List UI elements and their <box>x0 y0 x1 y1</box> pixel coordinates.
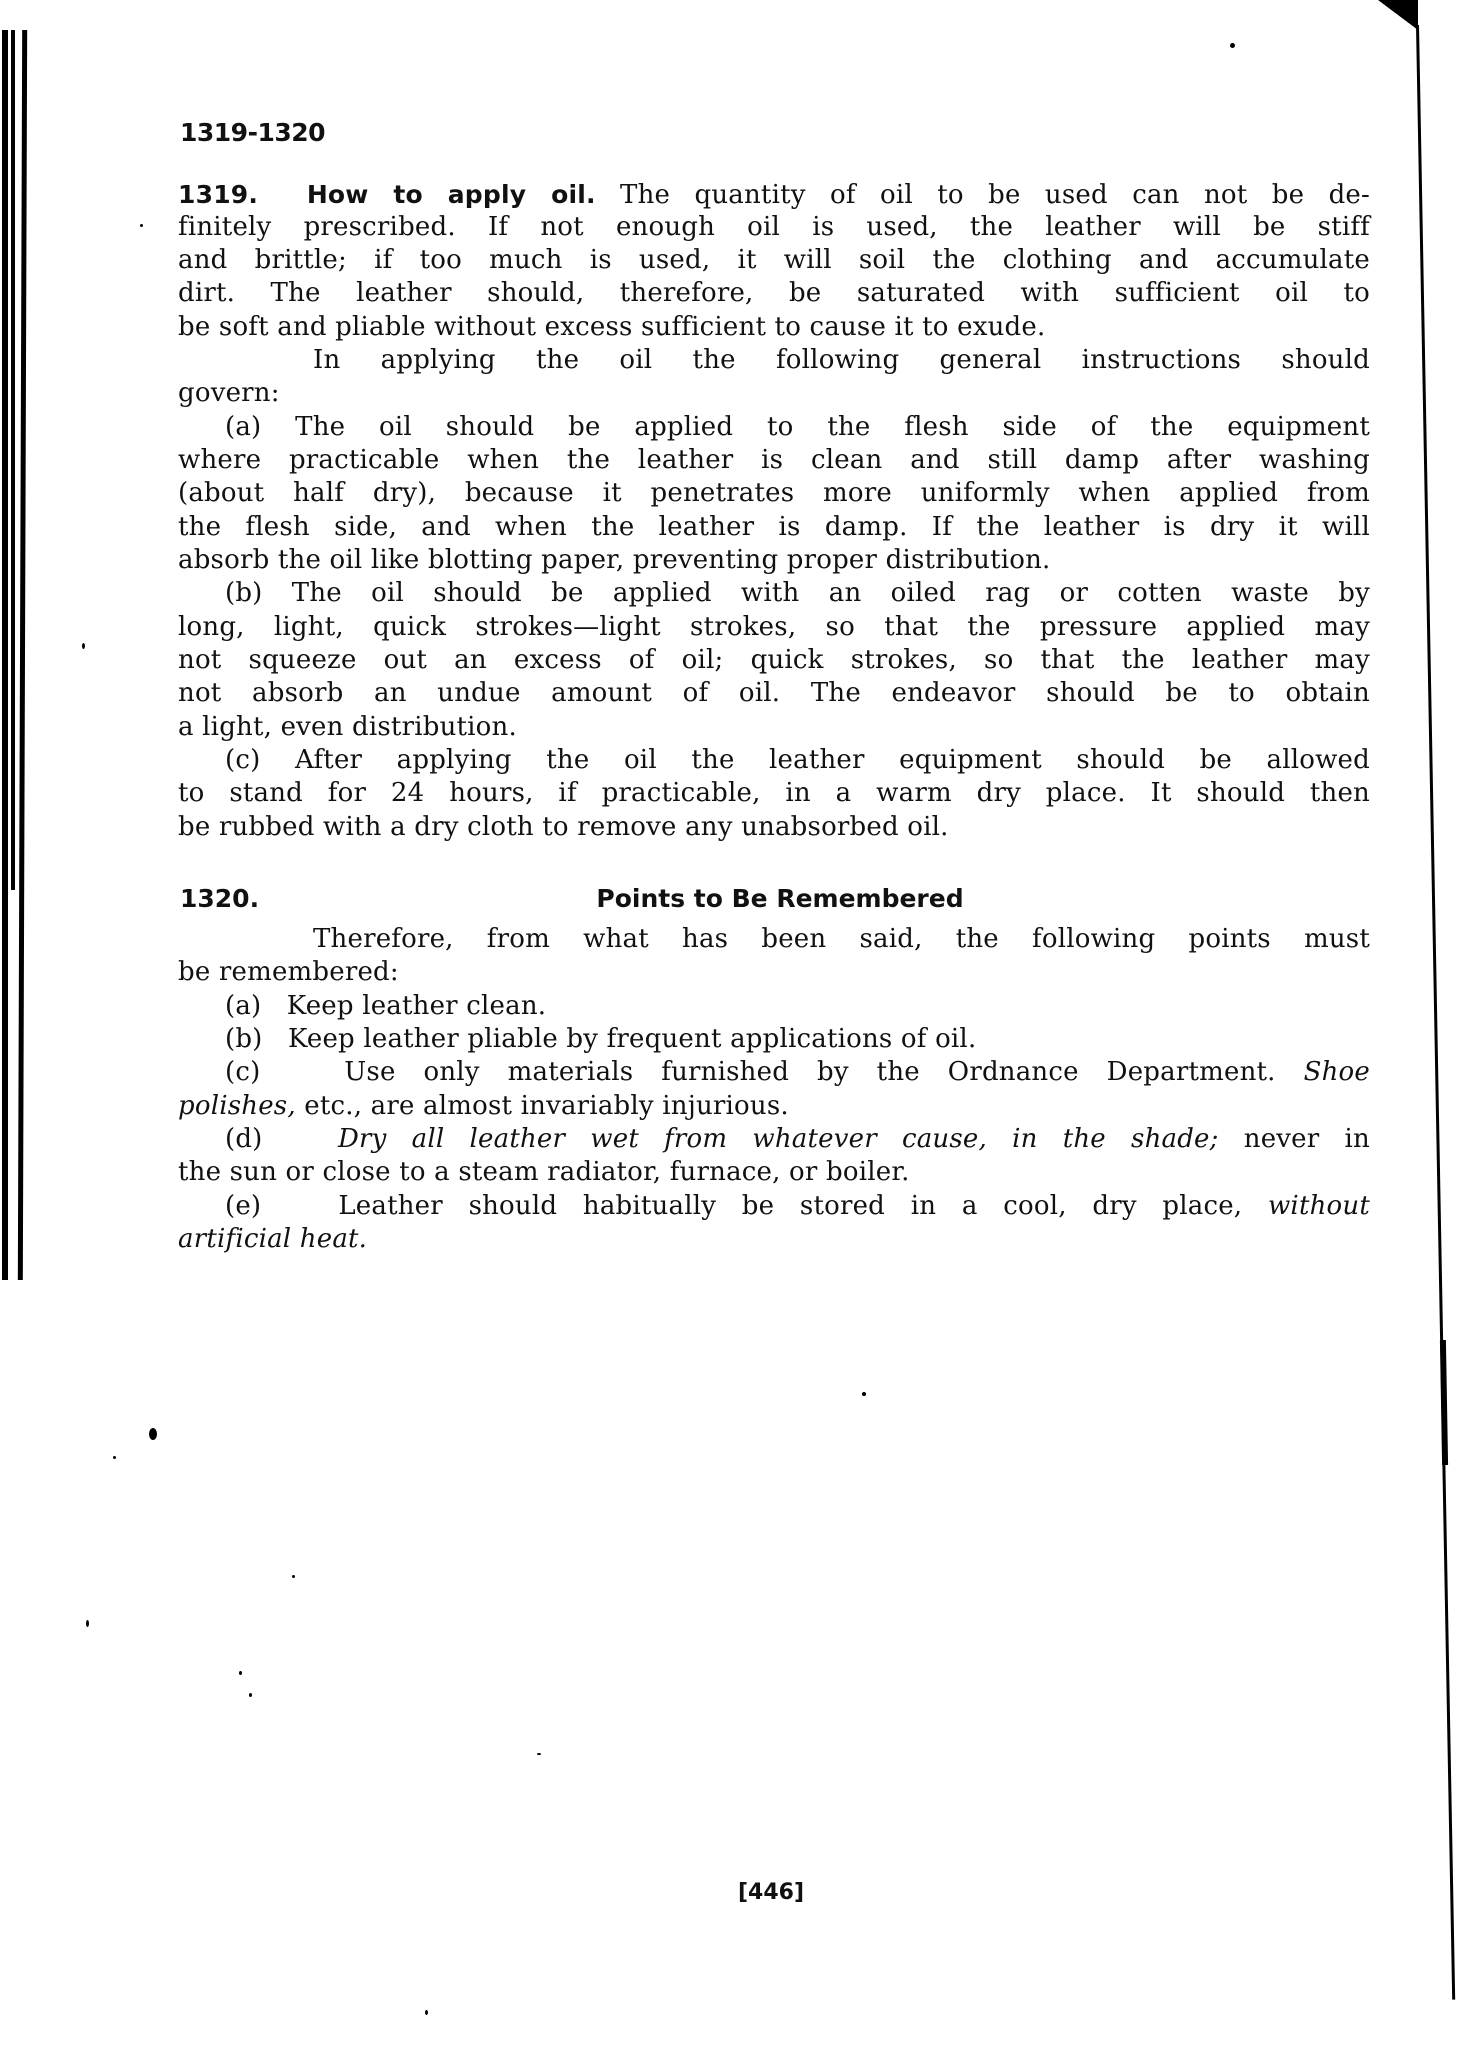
speck <box>249 1693 252 1697</box>
point-italic: polishes, <box>178 1091 296 1121</box>
body-line: long, light, quick strokes—light strokes… <box>178 611 1370 644</box>
section-1320-title: Points to Be Remembered <box>562 884 998 913</box>
body-line: be remembered: <box>178 956 1370 989</box>
page-right-edge-shadow <box>1440 1340 1448 1465</box>
point-text: etc., are almost invariably injurious. <box>296 1091 789 1121</box>
body-line: govern: <box>178 377 1370 410</box>
section-1320-number: 1320. <box>180 884 259 913</box>
point-d-cont: the sun or close to a steam radiator, fu… <box>178 1156 1370 1189</box>
body-line: Therefore, from what has been said, the … <box>178 923 1370 956</box>
body-line: In applying the oil the following genera… <box>178 344 1370 377</box>
body-line: and brittle; if too much is used, it wil… <box>178 244 1370 277</box>
point-text: Keep leather pliable by frequent applica… <box>288 1024 976 1054</box>
speck <box>82 643 85 649</box>
speck <box>862 1392 866 1396</box>
point-text: never in <box>1219 1124 1370 1154</box>
point-text: Keep leather clean. <box>287 991 546 1021</box>
speck <box>113 1456 116 1459</box>
body-line: not squeeze out an excess of oil; quick … <box>178 644 1370 677</box>
body-line: dirt. The leather should, therefore, be … <box>178 277 1370 310</box>
speck <box>1230 43 1235 48</box>
section-1319-title: How to apply oil. <box>307 180 596 209</box>
point-e: (e) Leather should habitually be stored … <box>178 1190 1370 1223</box>
point-c: (c) Use only materials furnished by the … <box>178 1056 1370 1089</box>
scanned-page: 1319-1320 1319. How to apply oil. The qu… <box>0 0 1466 2048</box>
point-italic: artificial heat. <box>178 1224 367 1254</box>
point-italic: Shoe <box>1304 1057 1370 1087</box>
page-number: [446] <box>738 1880 804 1905</box>
speck <box>292 1575 295 1578</box>
body-line: the flesh side, and when the leather is … <box>178 511 1370 544</box>
list-item-c: (c) After applying the oil the leather e… <box>178 744 1370 777</box>
body-line: (about half dry), because it penetrates … <box>178 477 1370 510</box>
point-c-cont: polishes, etc., are almost invariably in… <box>178 1090 1370 1123</box>
point-italic: without <box>1268 1191 1370 1221</box>
point-a: (a) Keep leather clean. <box>178 990 1370 1023</box>
body-line: absorb the oil like blotting paper, prev… <box>178 544 1370 577</box>
speck <box>239 1671 242 1675</box>
running-head: 1319-1320 <box>180 118 325 147</box>
point-label: (e) <box>225 1191 261 1221</box>
body-line: finitely prescribed. If not enough oil i… <box>178 211 1370 244</box>
page-right-edge <box>1416 25 1455 2000</box>
point-b: (b) Keep leather pliable by frequent app… <box>178 1023 1370 1056</box>
list-item-a: (a) The oil should be applied to the fle… <box>178 411 1370 444</box>
section-1319-line: 1319. How to apply oil. The quantity of … <box>178 178 1370 212</box>
body-line: to stand for 24 hours, if practicable, i… <box>178 777 1370 810</box>
point-text: Use only materials furnished by the Ordn… <box>344 1057 1275 1087</box>
body-line: be rubbed with a dry cloth to remove any… <box>178 811 1370 844</box>
body-line: not absorb an undue amount of oil. The e… <box>178 677 1370 710</box>
point-label: (a) <box>225 991 261 1021</box>
body-line: be soft and pliable without excess suffi… <box>178 311 1370 344</box>
speck <box>140 224 143 227</box>
point-italic: Dry all leather wet from whatever cause,… <box>338 1124 1219 1154</box>
speck <box>149 1428 157 1440</box>
speck <box>425 2010 428 2015</box>
speck <box>86 1620 89 1627</box>
point-d: (d) Dry all leather wet from whatever ca… <box>178 1123 1370 1156</box>
section-1319-number: 1319. <box>178 180 258 209</box>
page-corner-fold <box>1378 0 1418 30</box>
list-item-b: (b) The oil should be applied with an oi… <box>178 577 1370 610</box>
point-text: Leather should habitually be stored in a… <box>338 1191 1242 1221</box>
body-line: where practicable when the leather is cl… <box>178 444 1370 477</box>
point-e-cont: artificial heat. <box>178 1223 1370 1256</box>
speck <box>537 1753 541 1755</box>
text-run: The quantity of oil to be used can not b… <box>596 180 1370 210</box>
body-line: a light, even distribution. <box>178 711 1370 744</box>
point-label: (b) <box>225 1024 263 1054</box>
point-label: (d) <box>225 1124 263 1154</box>
point-label: (c) <box>225 1057 260 1087</box>
binding-edge-lines <box>0 30 30 1280</box>
